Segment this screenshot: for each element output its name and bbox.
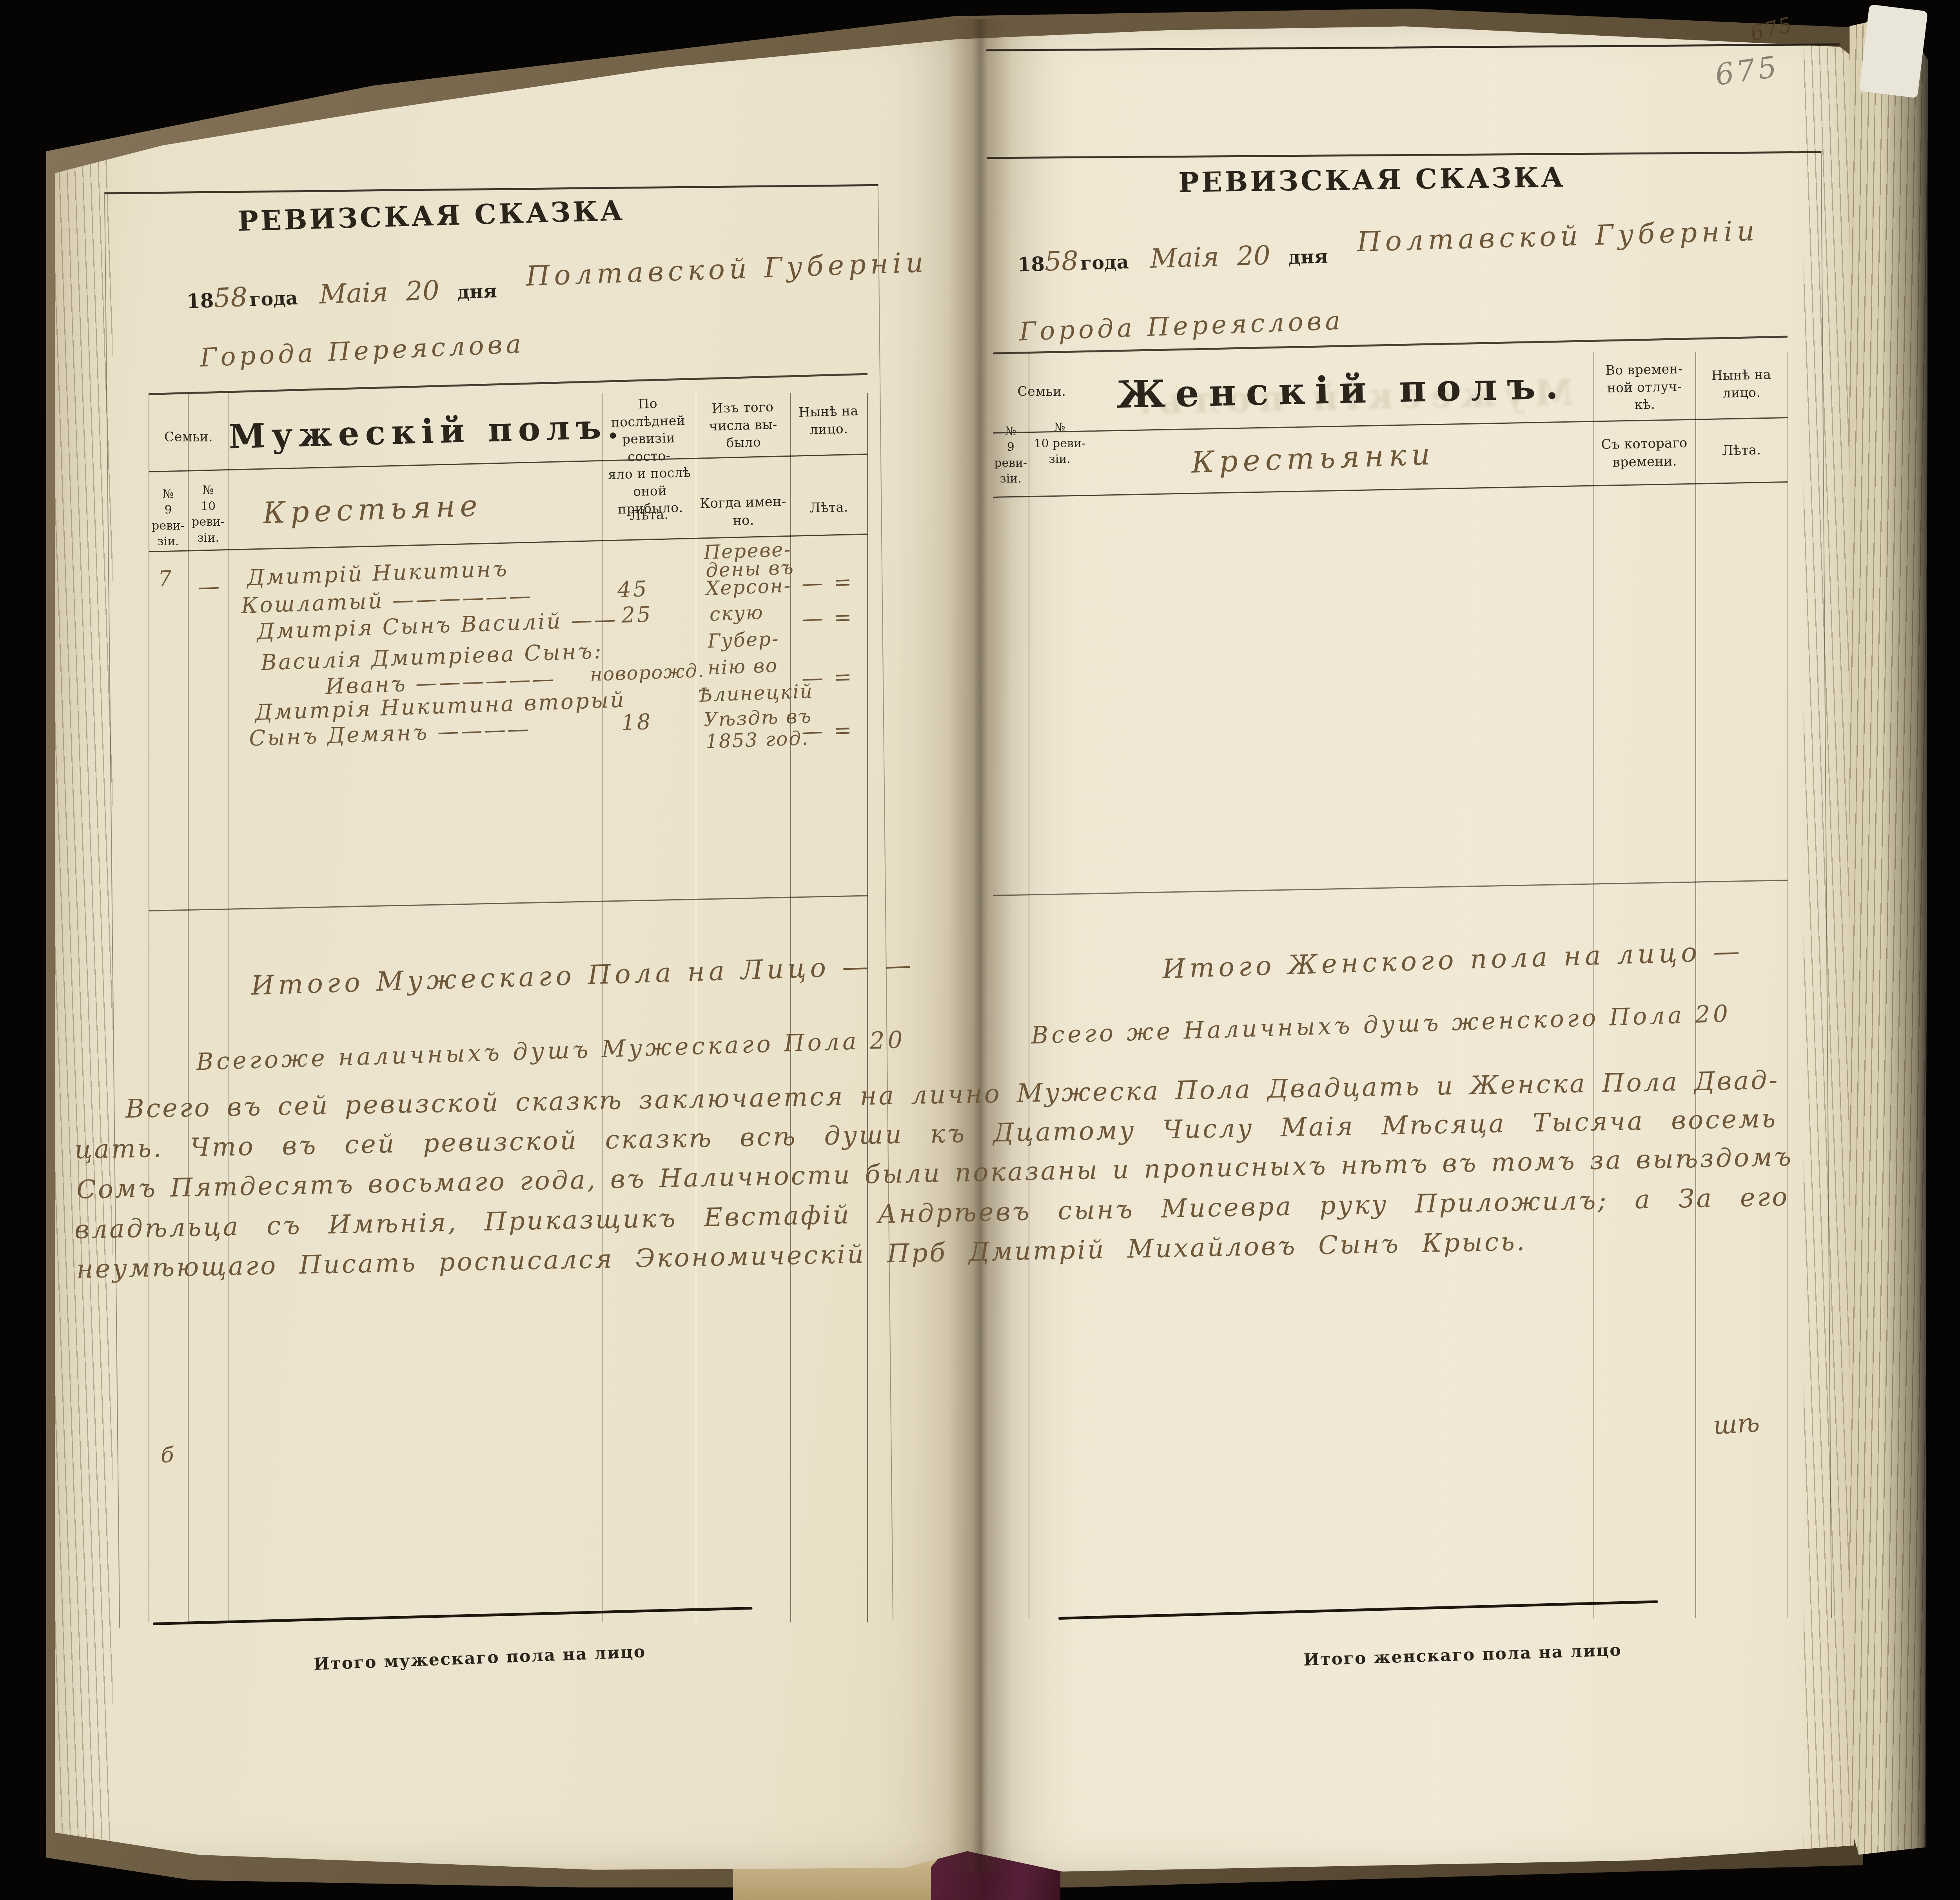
row1-age: 45: [617, 576, 649, 602]
col-temp-absence-header: Во времен- ной отлуч- кѣ.: [1593, 360, 1696, 414]
printed-dnya: дня: [457, 280, 497, 304]
printed-year-prefix: 18: [1017, 252, 1045, 276]
row1-present-mark: — =: [801, 569, 854, 596]
printed-year-prefix: 18: [186, 289, 214, 313]
col-rev9-header: № 9 реви- зіи.: [149, 486, 188, 550]
hw-month: Маія: [1150, 241, 1220, 274]
hw-year: 58: [1044, 245, 1079, 277]
grid-line: [993, 154, 994, 1619]
col-now-present-sub: Лѣта.: [1695, 442, 1788, 459]
col-family-header: Семьи.: [993, 384, 1091, 399]
col-now-present-header: Нынѣ на лицо.: [1695, 366, 1788, 403]
fore-edge-shade: [1849, 15, 1928, 1866]
printed-goda: года: [1080, 251, 1129, 274]
grid-line: [1091, 352, 1092, 1618]
grid-line: [1695, 352, 1696, 1618]
grid-line: [149, 393, 149, 1622]
col-last-revision-header: По послѣдней ревизіи состо- яло и послѣ …: [601, 394, 697, 519]
note-fragment: 1853 год.: [705, 727, 809, 753]
col-now-present-sub: Лѣта.: [790, 499, 867, 516]
archival-scan-stage: 675 675 РЕВИЗСКАЯ СКАЗКА 1858 года Маія …: [0, 0, 1960, 1900]
row2-present-mark: — =: [801, 604, 854, 631]
note-fragment: Губер-: [707, 628, 780, 652]
col-rev9-header: № 9 реви- зіи.: [993, 424, 1029, 487]
col-rev10-header: № 10 реви- зіи.: [1029, 420, 1091, 468]
note-fragment: Ѣлинецкій: [697, 680, 813, 706]
right-margin-mark: шѣ: [1712, 1408, 1761, 1441]
hw-day: 20: [405, 275, 440, 307]
row3-age: новорожд.: [590, 660, 705, 686]
note-fragment: Херсон-: [705, 574, 791, 600]
printed-goda: года: [249, 287, 298, 310]
row1-rev9-number: 7: [157, 566, 174, 592]
left-page-edge-stack: [55, 91, 113, 1856]
grid-line: [603, 393, 603, 1622]
col-temp-absence-sub: Съ котораго времени.: [1593, 434, 1696, 472]
col-departed-header: Изъ того числа вы- было: [695, 398, 791, 453]
grid-line: [696, 393, 697, 1622]
row1-rev10-number: —: [198, 573, 222, 599]
grid-line: [1593, 352, 1594, 1618]
row4-age: 18: [621, 709, 653, 735]
col-departed-sub: Когда имен- но.: [695, 493, 791, 531]
hw-month: Маія: [319, 276, 388, 310]
hw-day: 20: [1236, 240, 1271, 271]
col-last-revision-sub: Лѣта.: [603, 506, 696, 524]
note-fragment: скую: [709, 601, 764, 626]
note-fragment: нію во: [707, 654, 779, 679]
col-family-header: Семьи.: [149, 429, 229, 445]
grid-line: [867, 393, 868, 1622]
row2-age: 25: [621, 602, 653, 628]
col-now-present-header: Нынѣ на лицо.: [790, 402, 867, 439]
col-rev10-header: № 10 реви- зіи.: [188, 483, 229, 546]
grid-line: [229, 393, 229, 1622]
grid-line: [1029, 352, 1029, 1618]
fore-edge-stack: [1849, 15, 1928, 1866]
left-margin-mark: б: [161, 1442, 174, 1467]
printed-dnya: дня: [1288, 245, 1328, 269]
paper-tab-corner: [1859, 4, 1928, 98]
grid-line: [1788, 352, 1788, 1618]
grid-line: [188, 393, 189, 1622]
hw-year: 58: [213, 281, 248, 314]
